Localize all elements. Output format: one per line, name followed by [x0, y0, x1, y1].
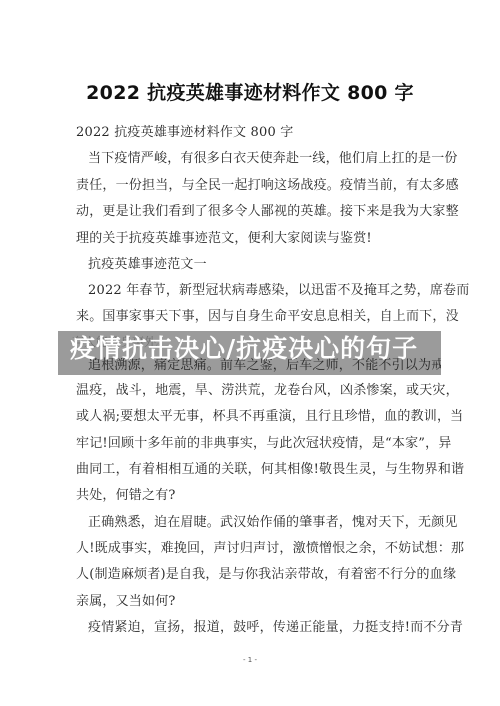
paragraph-line: 人!既成事实，难挽回，声讨归声讨，激愤憎恨之余，不妨试想：那	[76, 541, 436, 557]
subtitle-line: 2022 抗疫英雄事迹材料作文 800 字	[76, 125, 436, 141]
paragraph-line: 责任，一份担当，与全民一起打响这场战疫。疫情当前，有太多感	[76, 178, 436, 194]
document-page: 2022 抗疫英雄事迹材料作文 800 字 2022 抗疫英雄事迹材料作文 80…	[0, 0, 500, 706]
paragraph-line: 当下疫情严峻，有很多白衣天使奔赴一线，他们肩上扛的是一份	[88, 151, 448, 167]
paragraph-line: 动，更是让我们看到了很多令人鄙视的英雄。接下来是我为大家整	[76, 204, 436, 220]
paragraph-line: 亲属，又当如何?	[76, 594, 436, 610]
paragraph-line: 正确熟悉，迫在眉睫。武汉始作俑的肇事者，愧对天下，无颜见	[88, 515, 448, 531]
paragraph-line: 来。国事家事天下事，因与自身生命平安息息相关，自上而下，没	[76, 309, 436, 325]
paragraph-line: 2022 年春节，新型冠状病毒感染，以迅雷不及掩耳之势，席卷而	[88, 283, 448, 299]
paragraph-line: 牢记!回顾十多年前的非典事实，与此次冠状疫情，是“本家”，异	[76, 436, 436, 452]
paragraph-line: 共处，何错之有?	[76, 488, 436, 504]
paragraph-line: 温疫，战斗，地震，旱、涝洪荒，龙卷台风，凶杀惨案，或天灾，	[76, 383, 436, 399]
paragraph-line: 或人祸;要想太平无事，杯具不再重演，且行且珍惜，血的教训，当	[76, 409, 436, 425]
section-heading: 抗疫英雄事迹范文一	[88, 257, 448, 273]
banner-headline: 疫情抗击决心/抗疫决心的句子	[70, 334, 418, 364]
paragraph-line: 曲同工，有着相相互通的关联，何其相像!敬畏生灵，与生物界和谐	[76, 462, 436, 478]
paragraph-line: 理的关于抗疫英雄事迹范文，便利大家阅读与鉴赏!	[76, 231, 436, 247]
title-overlay-banner: 有人能置身事外。 追根溯源，痛定思痛。前车之鉴，后车之师，不能不引以为戒。 疫情…	[58, 331, 441, 375]
paragraph-line: 疫情紧迫，宣扬，报道，鼓呼，传递正能量，力挺支持!而不分青	[88, 620, 448, 636]
document-title: 2022 抗疫英雄事迹材料作文 800 字	[0, 78, 500, 105]
paragraph-line: 人(制造麻烦者)是自我，是与你我沾亲带故，有着密不行分的血缘	[76, 567, 436, 583]
page-number: - 1 -	[0, 656, 500, 664]
